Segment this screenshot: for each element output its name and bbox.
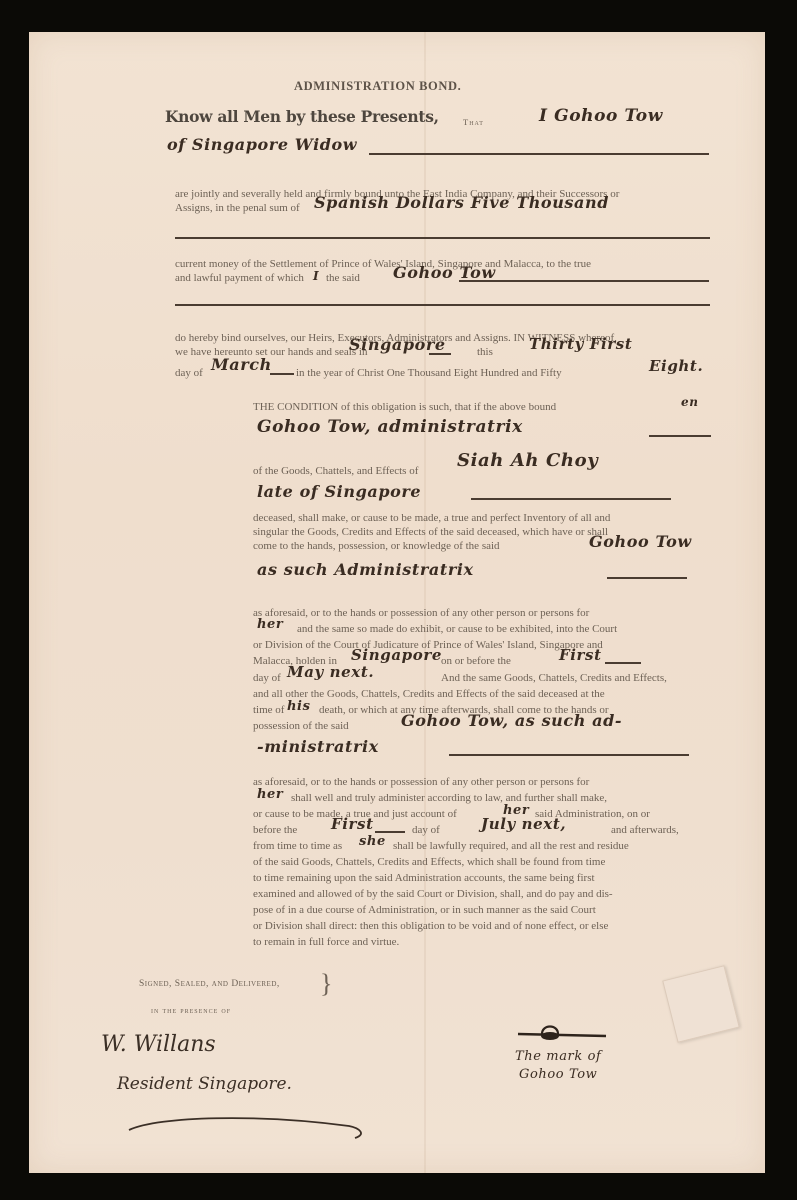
paragraph-line: shall well and truly administer accordin… xyxy=(291,792,607,805)
paragraph-line: day of xyxy=(175,367,203,380)
pronoun-fill: her xyxy=(257,618,283,631)
paragraph-line: singular the Goods, Credits and Effects … xyxy=(253,526,608,539)
day-fill: Thirty First xyxy=(529,338,632,351)
witness-signature: W. Willans xyxy=(101,1038,216,1051)
fill-line xyxy=(649,435,711,437)
revenue-stamp-seal xyxy=(662,965,740,1043)
penal-sum: Spanish Dollars Five Thousand xyxy=(314,196,609,209)
account-day: First xyxy=(331,818,374,831)
paragraph-line: this xyxy=(477,346,493,359)
paragraph-line: to remain in full force and virtue. xyxy=(253,936,399,949)
intro-text: Know all Men by these Presents, xyxy=(165,110,439,123)
mark-cross-icon xyxy=(514,1022,614,1046)
fill-line xyxy=(375,831,405,833)
paragraph-line: come to the hands, possession, or knowle… xyxy=(253,540,500,553)
administratrix-fill: Gohoo Tow, administratrix xyxy=(257,421,523,434)
paragraph-line: of the said Goods, Chattels, Credits and… xyxy=(253,856,605,869)
paragraph-line: possession of the said xyxy=(253,720,349,733)
document-title: ADMINISTRATION BOND. xyxy=(294,80,461,93)
paragraph-line: and afterwards, xyxy=(611,824,679,837)
fill-line xyxy=(449,754,689,756)
paragraph-line: and lawful payment of which xyxy=(175,272,304,285)
pronoun-fill: I xyxy=(313,270,319,283)
fill-line xyxy=(607,577,687,579)
paragraph-line: or Division shall direct: then this obli… xyxy=(253,920,608,933)
witness-title: Resident Singapore. xyxy=(117,1078,292,1091)
inventory-day: First xyxy=(559,649,602,662)
fill-line xyxy=(471,498,671,500)
fill-line xyxy=(459,280,709,282)
obligor-description: of Singapore Widow xyxy=(167,138,357,151)
paragraph-line: Assigns, in the penal sum of xyxy=(175,202,300,215)
administratrix-name: Gohoo Tow xyxy=(589,535,692,548)
document-page: ADMINISTRATION BOND. Know all Men by the… xyxy=(29,32,765,1173)
paragraph-line: pose of in a due course of Administratio… xyxy=(253,904,596,917)
paragraph-line: as aforesaid, or to the hands or possess… xyxy=(253,607,589,620)
brace-glyph: } xyxy=(320,970,332,998)
pronoun-fill: she xyxy=(359,835,386,848)
administratrix-name-cont: -ministratrix xyxy=(257,740,379,753)
fill-line xyxy=(429,353,451,355)
paragraph-line: day of xyxy=(412,824,440,837)
paragraph-line: from time to time as xyxy=(253,840,342,853)
presence-label: in the presence of xyxy=(151,1004,231,1017)
deceased-name: Siah Ah Choy xyxy=(457,454,598,467)
paragraph-line: shall be lawfully required, and all the … xyxy=(393,840,629,853)
mark-label: The mark of xyxy=(515,1050,601,1063)
paragraph-line: as aforesaid, or to the hands or possess… xyxy=(253,776,589,789)
paragraph-line: THE CONDITION of this obligation is such… xyxy=(253,401,556,414)
account-month: July next, xyxy=(481,818,566,831)
paragraph-line: on or before the xyxy=(441,655,511,668)
paragraph-line: time of xyxy=(253,704,284,717)
mark-name: Gohoo Tow xyxy=(519,1068,597,1081)
paragraph-line: to time remaining upon the said Administ… xyxy=(253,872,595,885)
signed-sealed-label: Signed, Sealed, and Delivered, xyxy=(139,978,280,991)
fill-line xyxy=(270,373,294,375)
fill-line xyxy=(605,662,641,664)
paragraph-line: before the xyxy=(253,824,297,837)
deceased-residence: late of Singapore xyxy=(257,485,421,498)
paragraph-line: current money of the Settlement of Princ… xyxy=(175,258,591,271)
fill-line xyxy=(369,153,709,155)
obligor-name: I Gohoo Tow xyxy=(539,110,663,123)
that-label: That xyxy=(463,116,484,129)
paragraph-line: and the same so made do exhibit, or caus… xyxy=(297,623,617,636)
fill-line xyxy=(175,237,710,239)
month-fill: March xyxy=(211,358,272,371)
pronoun-fill: her xyxy=(257,788,283,801)
administratrix-capacity: as such Administratrix xyxy=(257,563,474,576)
suffix-fill: en xyxy=(681,396,699,409)
fill-line xyxy=(175,304,710,306)
paragraph-line: And the same Goods, Chattels, Credits an… xyxy=(441,672,667,685)
year-fill: Eight. xyxy=(649,360,703,373)
paragraph-line: deceased, shall make, or cause to be mad… xyxy=(253,512,610,525)
pronoun-fill: his xyxy=(287,700,311,713)
paragraph-line: in the year of Christ One Thousand Eight… xyxy=(296,367,562,380)
inventory-month: May next. xyxy=(287,666,374,679)
signature-flourish xyxy=(119,1110,379,1150)
court-place: Singapore xyxy=(351,649,442,662)
payer-name: Gohoo Tow xyxy=(393,266,496,279)
place-fill: Singapore xyxy=(349,338,446,351)
paragraph-line: day of xyxy=(253,672,281,685)
administratrix-name: Gohoo Tow, as such ad- xyxy=(401,714,622,727)
paragraph-line: the said xyxy=(326,272,360,285)
paragraph-line: examined and allowed of by the said Cour… xyxy=(253,888,613,901)
paragraph-line: of the Goods, Chattels, and Effects of xyxy=(253,465,418,478)
